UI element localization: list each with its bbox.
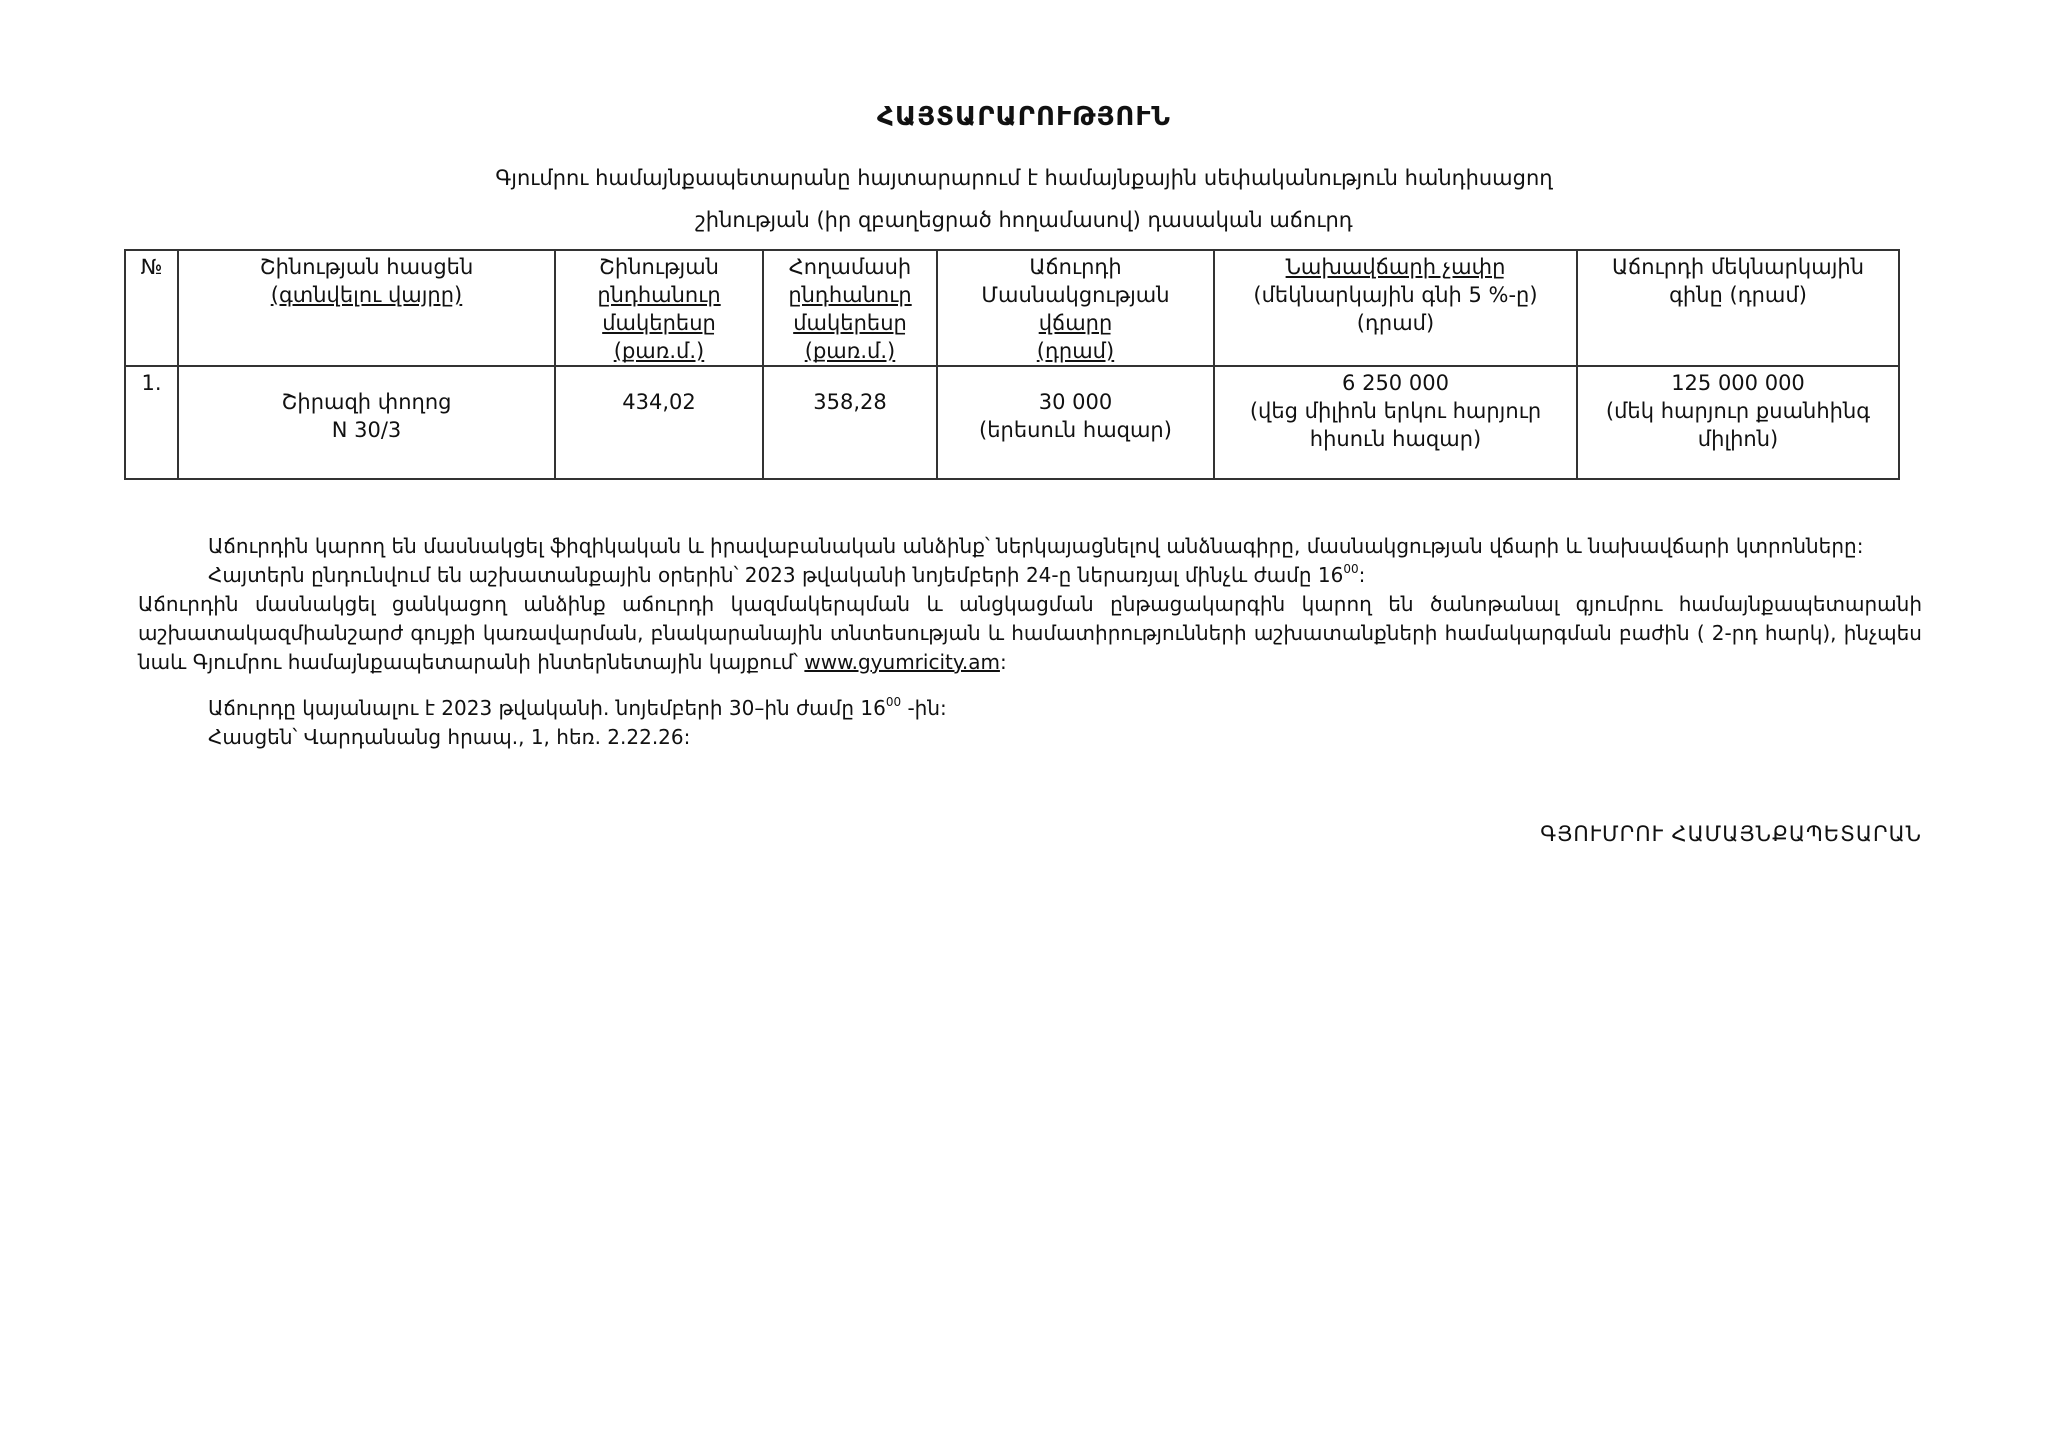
cell-land-area: 358,28 bbox=[763, 366, 937, 479]
auction-address-line: Հասցեն՝ Վարդանանց հրապ., 1, հեռ. 2.22.26… bbox=[138, 723, 1922, 752]
header-deposit: Նախավճարի չափը (մեկնարկային գնի 5 %-ը) (… bbox=[1214, 250, 1577, 366]
procedure-info-paragraph: Աճուրդին մասնակցել ցանկացող անձինք աճուր… bbox=[138, 590, 1922, 677]
cell-participation-fee: 30 000 (երեսուն հազար) bbox=[937, 366, 1214, 479]
cell-address: Շիրազի փողոց N 30/3 bbox=[178, 366, 555, 479]
header-number: № bbox=[125, 250, 178, 366]
document-page: ՀԱՅՏԱՐԱՐՈՒԹՅՈՒՆ Գյումրու համայնքապետարան… bbox=[0, 0, 2048, 1448]
participants-line: Աճուրդին կարող են մասնակցել ֆիզիկական և … bbox=[138, 532, 1922, 561]
document-subtitle-line1: Գյումրու համայնքապետարանը հայտարարում է … bbox=[0, 166, 2048, 190]
header-starting-price: Աճուրդի մեկնարկային գինը (դրամ) bbox=[1577, 250, 1899, 366]
document-subtitle-line2: շինության (իր զբաղեցրած հողամասով) դասակ… bbox=[0, 208, 2048, 232]
cell-building-area: 434,02 bbox=[555, 366, 763, 479]
header-address: Շինության հասցեն (գտնվելու վայրը) bbox=[178, 250, 555, 366]
participation-info: Աճուրդին կարող են մասնակցել ֆիզիկական և … bbox=[138, 532, 1922, 677]
header-building-area: Շինության ընդհանուր մակերեսը (քառ.մ.) bbox=[555, 250, 763, 366]
cell-starting-price: 125 000 000 (մեկ հարյուր քսանհինգ միլիոն… bbox=[1577, 366, 1899, 479]
applications-deadline-line: Հայտերն ընդունվում են աշխատանքային օրերի… bbox=[138, 561, 1922, 590]
cell-deposit: 6 250 000 (վեց միլիոն երկու հարյուր հիսո… bbox=[1214, 366, 1577, 479]
table-header-row: № Շինության հասցեն (գտնվելու վայրը) Շինո… bbox=[125, 250, 1899, 366]
table-row: 1. Շիրազի փողոց N 30/3 434,02 358,28 30 … bbox=[125, 366, 1899, 479]
auction-lots-table: № Շինության հասցեն (գտնվելու վայրը) Շինո… bbox=[124, 249, 1900, 480]
auction-details: Աճուրդը կայանալու է 2023 թվականի. նոյեմբ… bbox=[138, 694, 1922, 752]
website-link[interactable]: www.gyumricity.am bbox=[804, 650, 1000, 674]
auction-date-line: Աճուրդը կայանալու է 2023 թվականի. նոյեմբ… bbox=[138, 694, 1922, 723]
document-title: ՀԱՅՏԱՐԱՐՈՒԹՅՈՒՆ bbox=[0, 102, 2048, 132]
header-participation-fee: Աճուրդի Մասնակցության վճարը (դրամ) bbox=[937, 250, 1214, 366]
header-land-area: Հողամասի ընդհանուր մակերեսը (քառ.մ.) bbox=[763, 250, 937, 366]
cell-number: 1. bbox=[125, 366, 178, 479]
signature-block: ԳՅՈՒՄՐՈՒ ՀԱՄԱՅՆՔԱՊԵՏԱՐԱՆ bbox=[1540, 822, 1922, 846]
